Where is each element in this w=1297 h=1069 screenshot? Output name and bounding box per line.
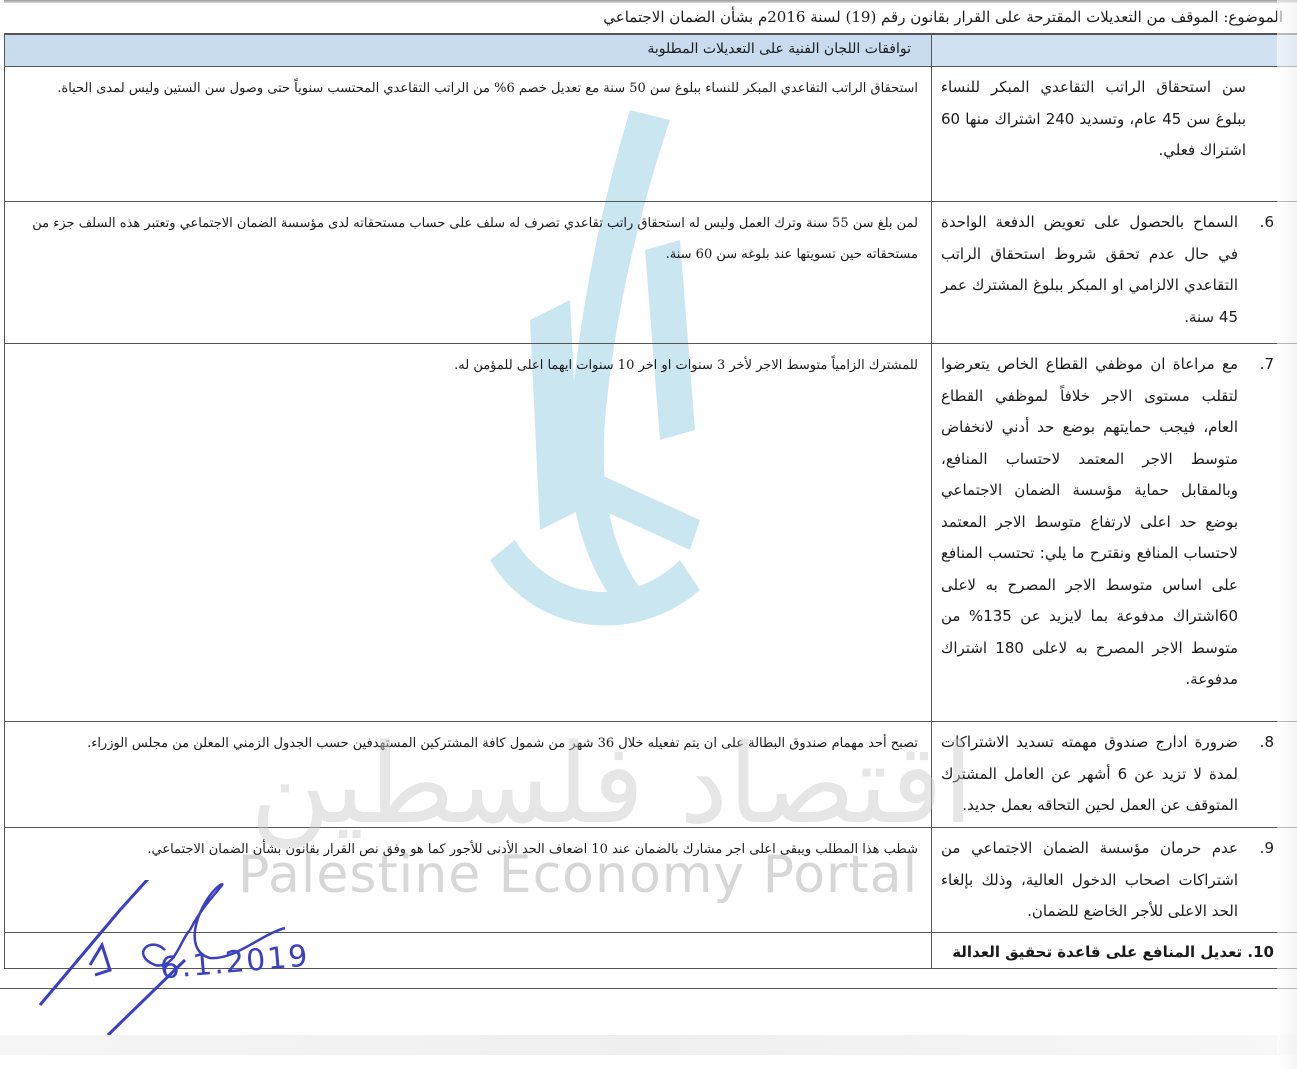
response-cell: للمشترك الزامياً متوسط الاجر لأخر 3 سنوا… [6, 345, 930, 381]
table-header-row: توافقات اللجان الفنية على التعديلات المط… [5, 35, 1297, 67]
item-number: 10. [1247, 943, 1274, 961]
response-cell: لمن بلغ سن 55 سنة وترك العمل وليس له است… [6, 203, 930, 270]
page-top-edge [4, 0, 1297, 3]
item-number: 7. [1260, 349, 1274, 381]
table-row: 8. ضرورة ادارج صندوق مهمته تسديد الاشترا… [5, 722, 1297, 828]
demand-cell: عدم حرمان مؤسسة الضمان الاجتماعي من اشتر… [941, 839, 1238, 920]
header-cell-demands [932, 35, 1297, 67]
demand-cell: مع مراعاة ان موظفي القطاع الخاص يتعرضوا … [941, 355, 1238, 688]
item-number: 9. [1260, 833, 1274, 865]
response-cell: شطب هذا المطلب ويبقى اعلى اجر مشارك بالض… [6, 829, 930, 865]
document-subject: الموضوع: الموقف من التعديلات المقترحة عل… [4, 0, 1297, 34]
demand-cell: السماح بالحصول على تعويض الدفعة الواحدة … [941, 213, 1238, 326]
response-cell [6, 934, 930, 939]
response-cell: تصبح أحد مهمام صندوق البطالة على ان يتم … [6, 723, 930, 759]
table-row: 9. عدم حرمان مؤسسة الضمان الاجتماعي من ا… [5, 828, 1297, 933]
demand-cell: ضرورة ادارج صندوق مهمته تسديد الاشتراكات… [941, 733, 1238, 814]
table-row: 7. مع مراعاة ان موظفي القطاع الخاص يتعرض… [5, 344, 1297, 722]
scan-artifact [0, 1035, 1297, 1055]
table-row: سن استحقاق الراتب التقاعدي المبكر للنساء… [5, 67, 1297, 202]
signature-rule [0, 988, 1297, 989]
table-row: 6. السماح بالحصول على تعويض الدفعة الواح… [5, 202, 1297, 344]
demand-cell: سن استحقاق الراتب التقاعدي المبكر للنساء… [933, 68, 1296, 167]
header-cell-responses: توافقات اللجان الفنية على التعديلات المط… [5, 35, 932, 67]
demand-cell: تعديل المنافع على قاعدة تحقيق العدالة [952, 943, 1242, 961]
scan-edge-shadow [1277, 0, 1297, 1069]
item-number: 8. [1260, 727, 1274, 759]
document-page: الموضوع: الموقف من التعديلات المقترحة عل… [0, 0, 1297, 1069]
subject-text: الموضوع: الموقف من التعديلات المقترحة عل… [603, 8, 1283, 26]
amendments-table: توافقات اللجان الفنية على التعديلات المط… [4, 34, 1297, 969]
response-cell: استحقاق الراتب التقاعدي المبكر للنساء بب… [6, 68, 930, 104]
item-number: 6. [1260, 207, 1274, 239]
